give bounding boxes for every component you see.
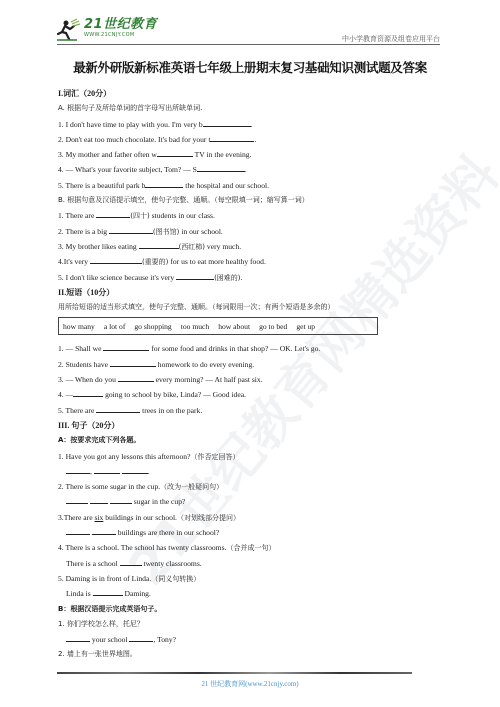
answer-blank[interactable] (157, 148, 193, 157)
answer-blank[interactable] (203, 118, 251, 127)
answer-blank[interactable] (197, 163, 245, 172)
question-1b-2: 2. There is a big (图书馆) in our school. (58, 224, 448, 239)
question-2-3: 3. — When do you every morning? — At hal… (58, 372, 448, 387)
question-3a-5: 5. Daming is in front of Linda.（同义句转换） (58, 571, 448, 586)
section-heading-sentences: III. 句子（20分） (58, 418, 448, 433)
phrase-item: too much (181, 319, 209, 334)
footer-divider (57, 672, 412, 674)
answer-blank[interactable] (176, 271, 214, 280)
platform-tagline: 中小学教育资源及组卷应用平台 (342, 34, 440, 44)
answer-3a-1: , . (58, 464, 448, 479)
document-title: 最新外研版新标准英语七年级上册期末复习基础知识测试题及答案 (0, 58, 500, 76)
answer-blank[interactable] (129, 633, 153, 642)
answer-3a-3: buildings are there in our school? (58, 525, 448, 540)
question-2-1: 1. — Shall we for some food and drinks i… (58, 341, 448, 356)
answer-blank[interactable] (66, 526, 90, 535)
question-1a-4: 4. — What's your favorite subject, Tom? … (58, 162, 448, 177)
answer-blank[interactable] (139, 240, 179, 249)
answer-blank[interactable] (66, 465, 90, 474)
phrase-item: how many (63, 319, 95, 334)
instruction-1a: A. 根据句子及所给单词的首字母写出所缺单词. (58, 101, 448, 116)
question-3a-4: 4. There is a school. The school has twe… (58, 540, 448, 555)
answer-blank[interactable] (120, 557, 142, 566)
answer-blank[interactable] (66, 495, 88, 504)
answer-3b-1: your school , Tony? (58, 632, 448, 647)
section-heading-phrases: II.短语（10分） (58, 285, 448, 300)
phrase-item: get up (296, 319, 315, 334)
question-1a-2: 2. Don't eat too much chocolate. It's ba… (58, 132, 448, 147)
section-heading-vocabulary: I.词汇（20分） (58, 86, 448, 101)
answer-blank[interactable] (103, 342, 149, 351)
document-body: I.词汇（20分） A. 根据句子及所给单词的首字母写出所缺单词. 1. I d… (58, 86, 448, 663)
question-1b-5: 5. I don't like science because it's ver… (58, 270, 448, 285)
instruction-3a: A：按要求完成下列各题。 (58, 433, 448, 448)
question-3b-1: 1. 你们学校怎么样，托尼？ (58, 617, 448, 632)
answer-blank[interactable] (94, 465, 120, 474)
phrase-item: how about (218, 319, 250, 334)
answer-blank[interactable] (92, 526, 116, 535)
question-2-5: 5. There are trees in on the park. (58, 403, 448, 418)
answer-blank[interactable] (90, 495, 108, 504)
question-2-4: 4. — going to school by bike, Linda? — G… (58, 387, 448, 402)
phrase-bank: how many a lot of go shopping too much h… (58, 317, 378, 335)
question-1b-1: 1. There are (四十) students in our class. (58, 208, 448, 223)
question-1b-3: 3. My brother likes eating (西红柿) very mu… (58, 239, 448, 254)
answer-blank[interactable] (110, 358, 156, 367)
question-3a-3: 3.There are six buildings in our school.… (58, 510, 448, 525)
question-3a-2: 2. There is some sugar in the cup.（改为一般疑… (58, 479, 448, 494)
answer-blank[interactable] (96, 209, 130, 218)
answer-blank[interactable] (145, 179, 183, 188)
answer-blank[interactable] (110, 495, 132, 504)
runner-logo-icon (57, 18, 81, 42)
answer-3a-2: sugar in the cup? (58, 494, 448, 509)
question-1a-3: 3. My mother and father often w TV in th… (58, 147, 448, 162)
answer-blank[interactable] (210, 133, 254, 142)
question-3b-2: 2. 墙上有一张世界地图。 (58, 647, 448, 662)
answer-blank[interactable] (66, 633, 90, 642)
logo: 21世纪教育 WWW.21CNJY.COM (57, 18, 157, 42)
header-divider (57, 44, 440, 45)
instruction-3b: B：根据汉语提示完成英语句子。 (58, 602, 448, 617)
question-3a-1: 1. Have you got any lessons this afterno… (58, 449, 448, 464)
answer-blank[interactable] (96, 404, 140, 413)
phrase-item: go to bed (259, 319, 287, 334)
question-2-2: 2. Students have homework to do every ev… (58, 357, 448, 372)
footer-link[interactable]: 21 世纪教育网(www.21cnjy.com) (0, 679, 500, 689)
question-1b-4: 4.It's very (重要的) for us to eat more hea… (58, 254, 448, 269)
instruction-1b: B. 根据句意及汉语提示填空，使句子完整、通顺。（每空限填一词；缩写算一词） (58, 193, 448, 208)
answer-blank[interactable] (122, 465, 148, 474)
answer-blank[interactable] (73, 388, 103, 397)
phrase-item: go shopping (134, 319, 171, 334)
question-1a-5: 5. There is a beautiful park b the hospi… (58, 178, 448, 193)
answer-blank[interactable] (93, 587, 123, 596)
answer-3a-4: There is a school twenty classrooms. (58, 556, 448, 571)
instruction-2: 用所给短语的适当形式填空，使句子完整、通顺。（每词限用一次；有两个短语是多余的） (58, 300, 448, 315)
answer-blank[interactable] (109, 225, 153, 234)
question-1a-1: 1. I don't have time to play with you. I… (58, 117, 448, 132)
logo-text: 21世纪教育 (84, 18, 157, 32)
answer-blank[interactable] (118, 373, 154, 382)
answer-3a-5: Linda is Daming. (58, 586, 448, 601)
logo-url: WWW.21CNJY.COM (84, 32, 157, 39)
answer-blank[interactable] (90, 255, 142, 264)
phrase-item: a lot of (104, 319, 126, 334)
